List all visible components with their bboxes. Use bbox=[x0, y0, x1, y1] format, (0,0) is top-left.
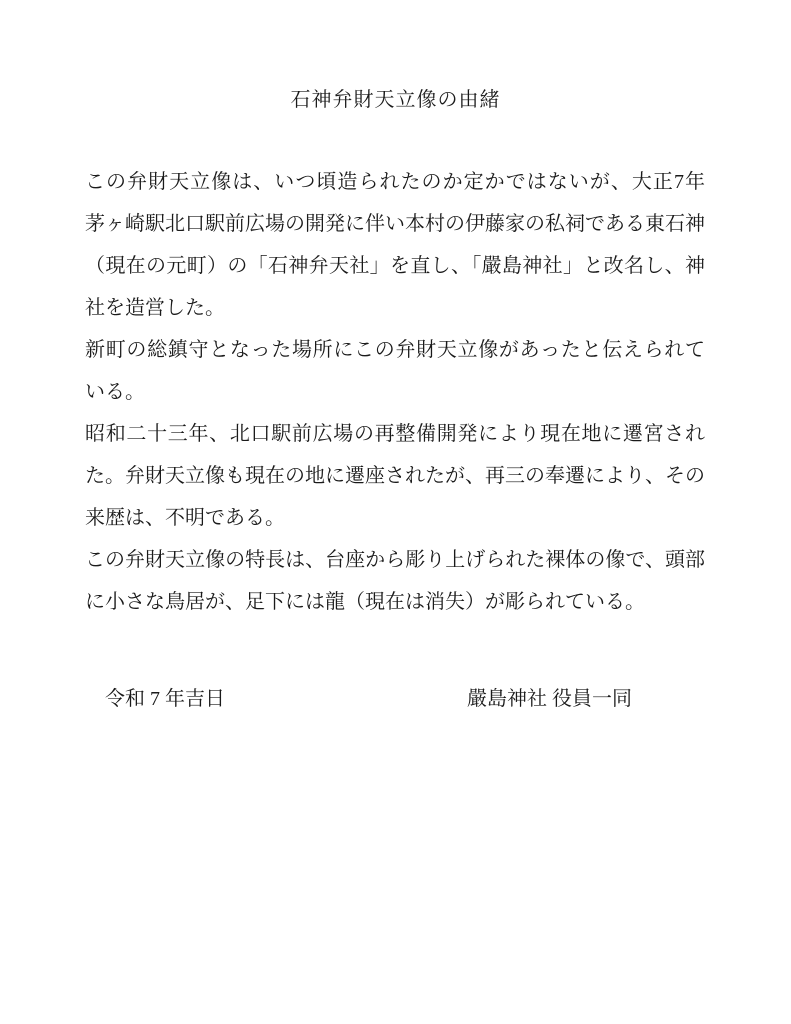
document-title: 石神弁財天立像の由緒 bbox=[0, 79, 791, 121]
body-line: （現在の元町）の「石神弁天社」を直し、「嚴島神社」と改名し、神 bbox=[85, 245, 705, 287]
body-line: 新町の総鎮守となった場所にこの弁財天立像があったと伝えられて bbox=[85, 329, 705, 371]
document-page: 石神弁財天立像の由緒 この弁財天立像は、いつ頃造られたのか定かではないが、大正7… bbox=[0, 0, 791, 1024]
body-line: 社を造営した。 bbox=[85, 287, 705, 329]
body-line: いる。 bbox=[85, 371, 705, 413]
body-line: 昭和二十三年、北口駅前広場の再整備開発により現在地に遷宮され bbox=[85, 413, 705, 455]
body-line: 茅ヶ崎駅北口駅前広場の開発に伴い本村の伊藤家の私祠である東石神 bbox=[85, 203, 705, 245]
footer-signature: 嚴島神社 役員一同 bbox=[467, 678, 632, 720]
body-line: に小さな鳥居が、足下には龍（現在は消失）が彫られている。 bbox=[85, 581, 705, 623]
document-footer: 令和 7 年吉日 嚴島神社 役員一同 bbox=[85, 678, 705, 720]
document-body: この弁財天立像は、いつ頃造られたのか定かではないが、大正7年 茅ヶ崎駅北口駅前広… bbox=[85, 161, 705, 623]
body-line: この弁財天立像の特長は、台座から彫り上げられた裸体の像で、頭部 bbox=[85, 539, 705, 581]
body-line: この弁財天立像は、いつ頃造られたのか定かではないが、大正7年 bbox=[85, 161, 705, 203]
footer-date: 令和 7 年吉日 bbox=[105, 678, 225, 720]
body-line: た。弁財天立像も現在の地に遷座されたが、再三の奉遷により、その bbox=[85, 455, 705, 497]
body-line: 来歴は、不明である。 bbox=[85, 497, 705, 539]
